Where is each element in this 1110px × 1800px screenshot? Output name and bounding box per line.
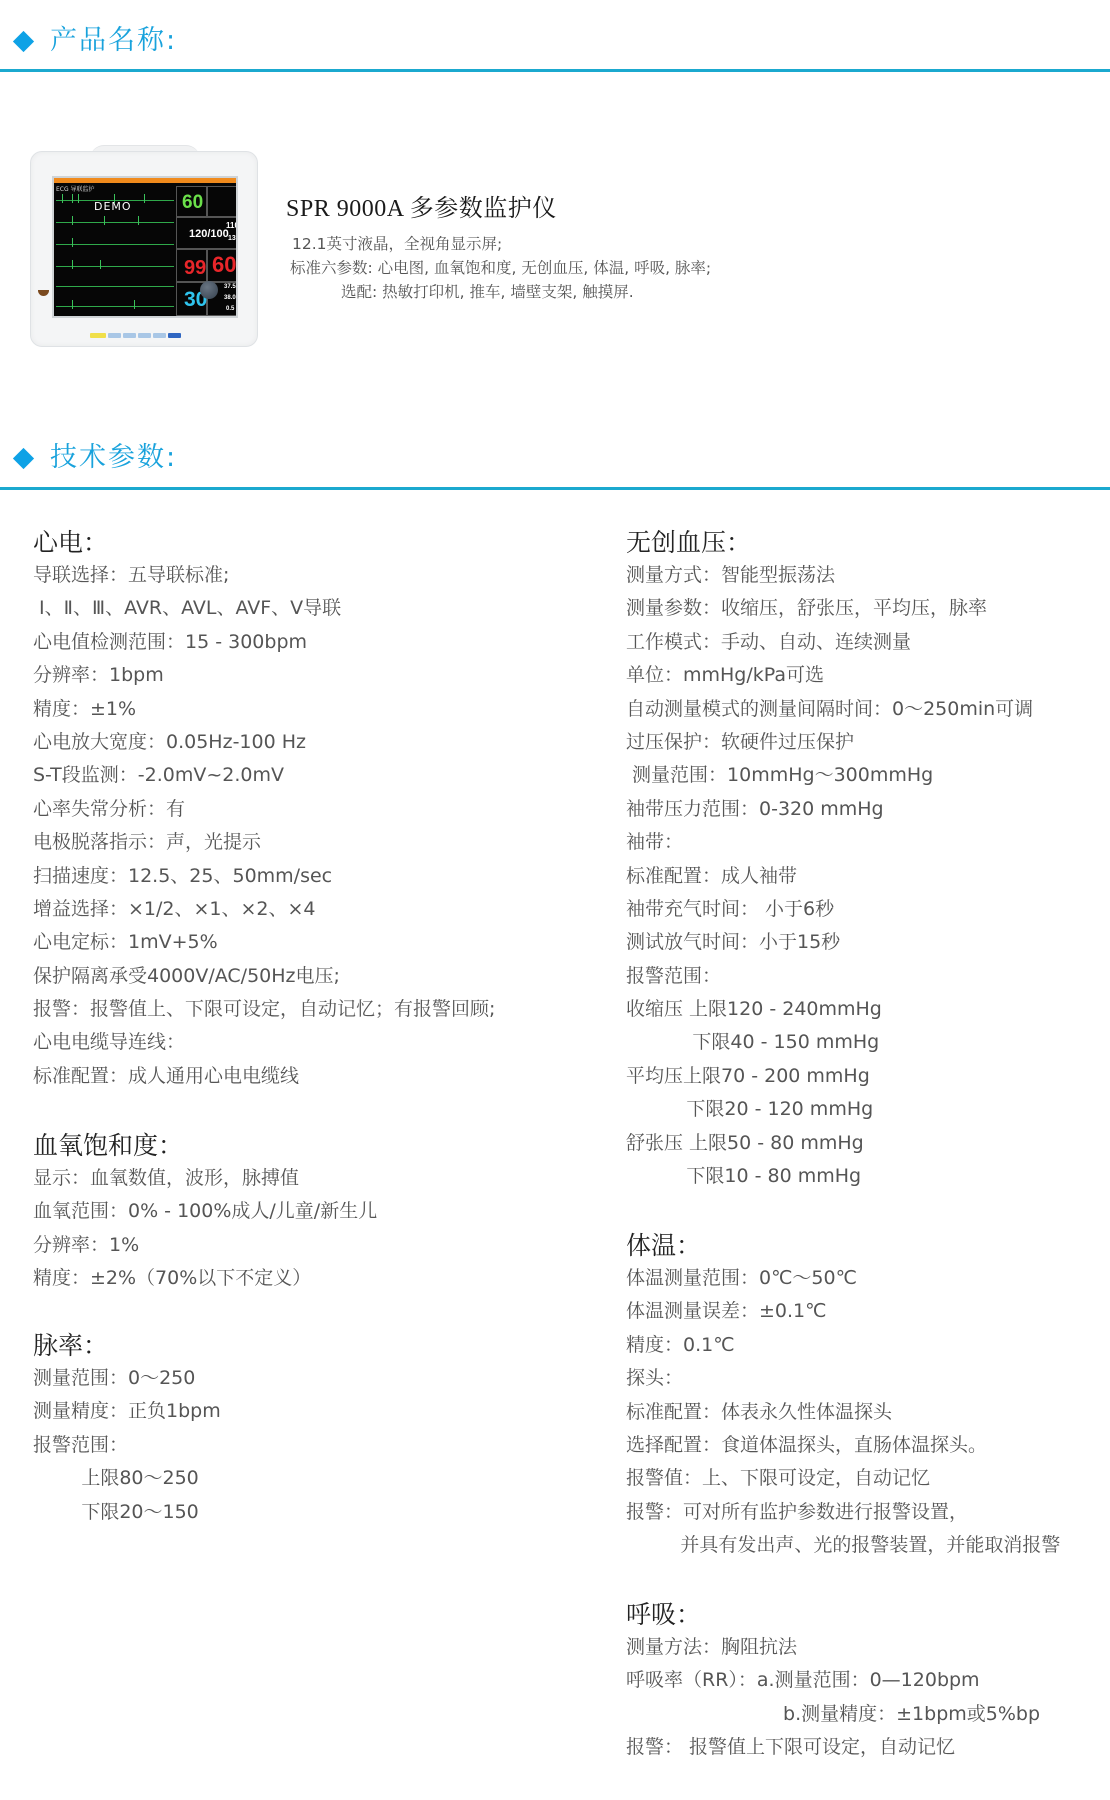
spec-line: 测量方式：智能型振荡法 [626,563,1033,596]
monitor-button [138,333,151,338]
spec-line: 血氧范围：0% - 100%成人/儿童/新生儿 [33,1199,377,1232]
spec-line: 下限20 - 120 mmHg [626,1097,1033,1130]
spec-line: 自动测量模式的测量间隔时间：0～250min可调 [626,697,1033,730]
ecg-spike [72,260,73,269]
screen-ecg-label: ECG 导联监护 [56,184,95,193]
spec-line: 袖带压力范围：0-320 mmHg [626,797,1033,830]
ecg-wave [56,266,174,267]
spec-line: 显示：血氧数值，波形，脉搏值 [33,1166,377,1199]
spec-line: 平均压上限70 - 200 mmHg [626,1064,1033,1097]
product-title: SPR 9000A 多参数监护仪 [286,188,557,223]
spec-line: 测试放气时间：小于15秒 [626,930,1033,963]
spec-line: 测量精度：正负1bpm [33,1399,221,1432]
ecg-wave [56,244,174,245]
spec-line: 心电值检测范围：15 - 300bpm [33,630,495,663]
spec-line: 保护隔离承受4000V/AC/50Hz电压; [33,964,495,997]
spec-heading: 呼吸： [626,1602,1040,1635]
product-description-line: 12.1英寸液晶，全视角显示屏; [292,237,502,253]
spec-line: 标准配置：成人通用心电电缆线 [33,1064,495,1097]
ecg-spike [62,194,63,203]
spec-line: 探头： [626,1366,1060,1399]
spec-line: 报警范围： [33,1433,221,1466]
monitor-button [108,333,121,338]
spec-line: 报警：可对所有监护参数进行报警设置， [626,1500,1060,1533]
ecg-spike [138,216,139,225]
section-header-tech-params: 技术参数: [0,420,1110,492]
section-title: 产品名称: [50,27,177,54]
diamond-bullet-icon [13,31,34,52]
rotary-knob-icon [200,281,218,299]
spec-heading: 无创血压： [626,530,1033,563]
spec-section-respiration: 呼吸： 测量方法：胸阻抗法 呼吸率（RR）：a.测量范围：0—120bpm b.… [626,1602,1040,1769]
spec-line: 上限80～250 [33,1466,221,1499]
hr-value: 60 [182,193,203,212]
spec-line: 心率失常分析：有 [33,797,495,830]
temp2-value: 38.0 [224,295,236,301]
ecg-spike [72,194,73,203]
spec-line: 分辨率：1bpm [33,663,495,696]
diamond-bullet-icon [13,448,34,469]
spec-line: 精度：0.1℃ [626,1333,1060,1366]
spec-line: 测量范围：0～250 [33,1366,221,1399]
ecg-wave [56,222,174,223]
ecg-spike [134,300,135,309]
spec-section-ecg: 心电： 导联选择：五导联标准; Ⅰ、Ⅱ、Ⅲ、AVR、AVL、AVF、V导联 心电… [33,530,495,1097]
spec-line: 心电电缆导连线： [33,1030,495,1063]
spec-line: 下限10 - 80 mmHg [626,1164,1033,1197]
spec-section-nibp: 无创血压： 测量方式：智能型振荡法 测量参数：收缩压，舒张压，平均压，脉率 工作… [626,530,1033,1197]
spec-line: 报警：报警值上、下限可设定，自动记忆；有报警回顾; [33,997,495,1030]
product-image-monitor: ECG 导联监护 DEMO 60 120/100 110 13 99 60 3 [30,145,258,355]
spec-heading: 心电： [33,530,495,563]
section-title: 技术参数: [50,444,177,471]
nibp-mean-value: 110 [226,222,238,230]
spec-line: 报警： 报警值上下限可设定，自动记忆 [626,1735,1040,1768]
spec-line: 测量范围：10mmHg～300mmHg [626,763,1033,796]
monitor-button [90,333,106,338]
spec-line: 心电放大宽度：0.05Hz-100 Hz [33,730,495,763]
spec-line: 分辨率：1% [33,1233,377,1266]
spec-line: 下限40 - 150 mmHg [626,1030,1033,1063]
spec-line: 增益选择：×1/2、×1、×2、×4 [33,897,495,930]
spec-line: 袖带： [626,830,1033,863]
ecg-spike [144,194,145,203]
product-description-line: 标准六参数: 心电图, 血氧饱和度, 无创血压, 体温, 呼吸, 脉率; [290,261,711,277]
spec-line: 报警值：上、下限可设定，自动记忆 [626,1466,1060,1499]
ecg-spike [104,216,105,225]
spec-line: 标准配置：体表永久性体温探头 [626,1400,1060,1433]
ecg-spike [72,216,73,225]
screen-status-bar [54,178,236,183]
spec-line: 精度：±1% [33,697,495,730]
ecg-spike [100,260,101,269]
monitor-button [168,333,181,338]
product-description-line: 选配: 热敏打印机, 推车, 墙壁支架, 触摸屏. [341,285,634,301]
spec-line: 过压保护：软硬件过压保护 [626,730,1033,763]
ecg-spike [72,238,73,247]
spec-line: 舒张压 上限50 - 80 mmHg [626,1131,1033,1164]
spec-line: S-T段监测：-2.0mV~2.0mV [33,763,495,796]
pr-value: 60 [212,254,236,276]
spec-line: 测量参数：收缩压，舒张压，平均压，脉率 [626,596,1033,629]
spec-line: 电极脱落指示：声，光提示 [33,830,495,863]
spec-line: 体温测量范围：0℃～50℃ [626,1266,1060,1299]
spec-heading: 血氧饱和度： [33,1133,377,1166]
spec-line: 导联选择：五导联标准; [33,563,495,596]
section-divider [0,69,1110,72]
spec-section-pulse-rate: 脉率： 测量范围：0～250 测量精度：正负1bpm 报警范围： 上限80～25… [33,1333,221,1533]
temp-diff-value: 0.5 [226,306,234,312]
ecg-spike [72,300,73,309]
spec-heading: 脉率： [33,1333,221,1366]
nibp-extra-value: 13 [228,235,236,242]
spec-line: 下限20～150 [33,1500,221,1533]
spec-line: Ⅰ、Ⅱ、Ⅲ、AVR、AVL、AVF、V导联 [33,596,495,629]
spec-line: 报警范围： [626,964,1033,997]
section-header-product-name: 产品名称: [0,0,1110,72]
spec-line: 体温测量误差：±0.1℃ [626,1299,1060,1332]
spec-line: 并具有发出声、光的报警装置，并能取消报警 [626,1533,1060,1566]
spec-line: 工作模式：手动、自动、连续测量 [626,630,1033,663]
spec-line: 心电定标：1mV+5% [33,930,495,963]
monitor-button [123,333,136,338]
ecg-wave [56,286,174,287]
spec-line: 精度：±2%（70%以下不定义） [33,1266,377,1299]
section-divider [0,487,1110,490]
st-panel [207,186,238,217]
ecg-spike [78,194,79,203]
temp1-value: 37.5 [224,284,236,290]
spec-line: b.测量精度：±1bpm或5%bp [626,1702,1040,1735]
screen-watermark: DEMO [94,200,132,213]
spec-line: 选择配置：食道体温探头，直肠体温探头。 [626,1433,1060,1466]
ecg-wave [56,306,174,307]
monitor-button-row [90,333,181,339]
monitor-button [153,333,166,338]
nibp-value: 120/100 [189,229,229,240]
spec-line: 袖带充气时间： 小于6秒 [626,897,1033,930]
spo2-value: 99 [184,258,206,278]
spec-line: 收缩压 上限120 - 240mmHg [626,997,1033,1030]
spec-line: 扫描速度：12.5、25、50mm/sec [33,864,495,897]
spec-line: 呼吸率（RR）：a.测量范围：0—120bpm [626,1668,1040,1701]
spec-section-temperature: 体温： 体温测量范围：0℃～50℃ 体温测量误差：±0.1℃ 精度：0.1℃ 探… [626,1233,1060,1567]
spec-line: 测量方法：胸阻抗法 [626,1635,1040,1668]
spec-section-spo2: 血氧饱和度： 显示：血氧数值，波形，脉搏值 血氧范围：0% - 100%成人/儿… [33,1133,377,1300]
spec-line: 标准配置：成人袖带 [626,864,1033,897]
spec-heading: 体温： [626,1233,1060,1266]
spec-line: 单位：mmHg/kPa可选 [626,663,1033,696]
